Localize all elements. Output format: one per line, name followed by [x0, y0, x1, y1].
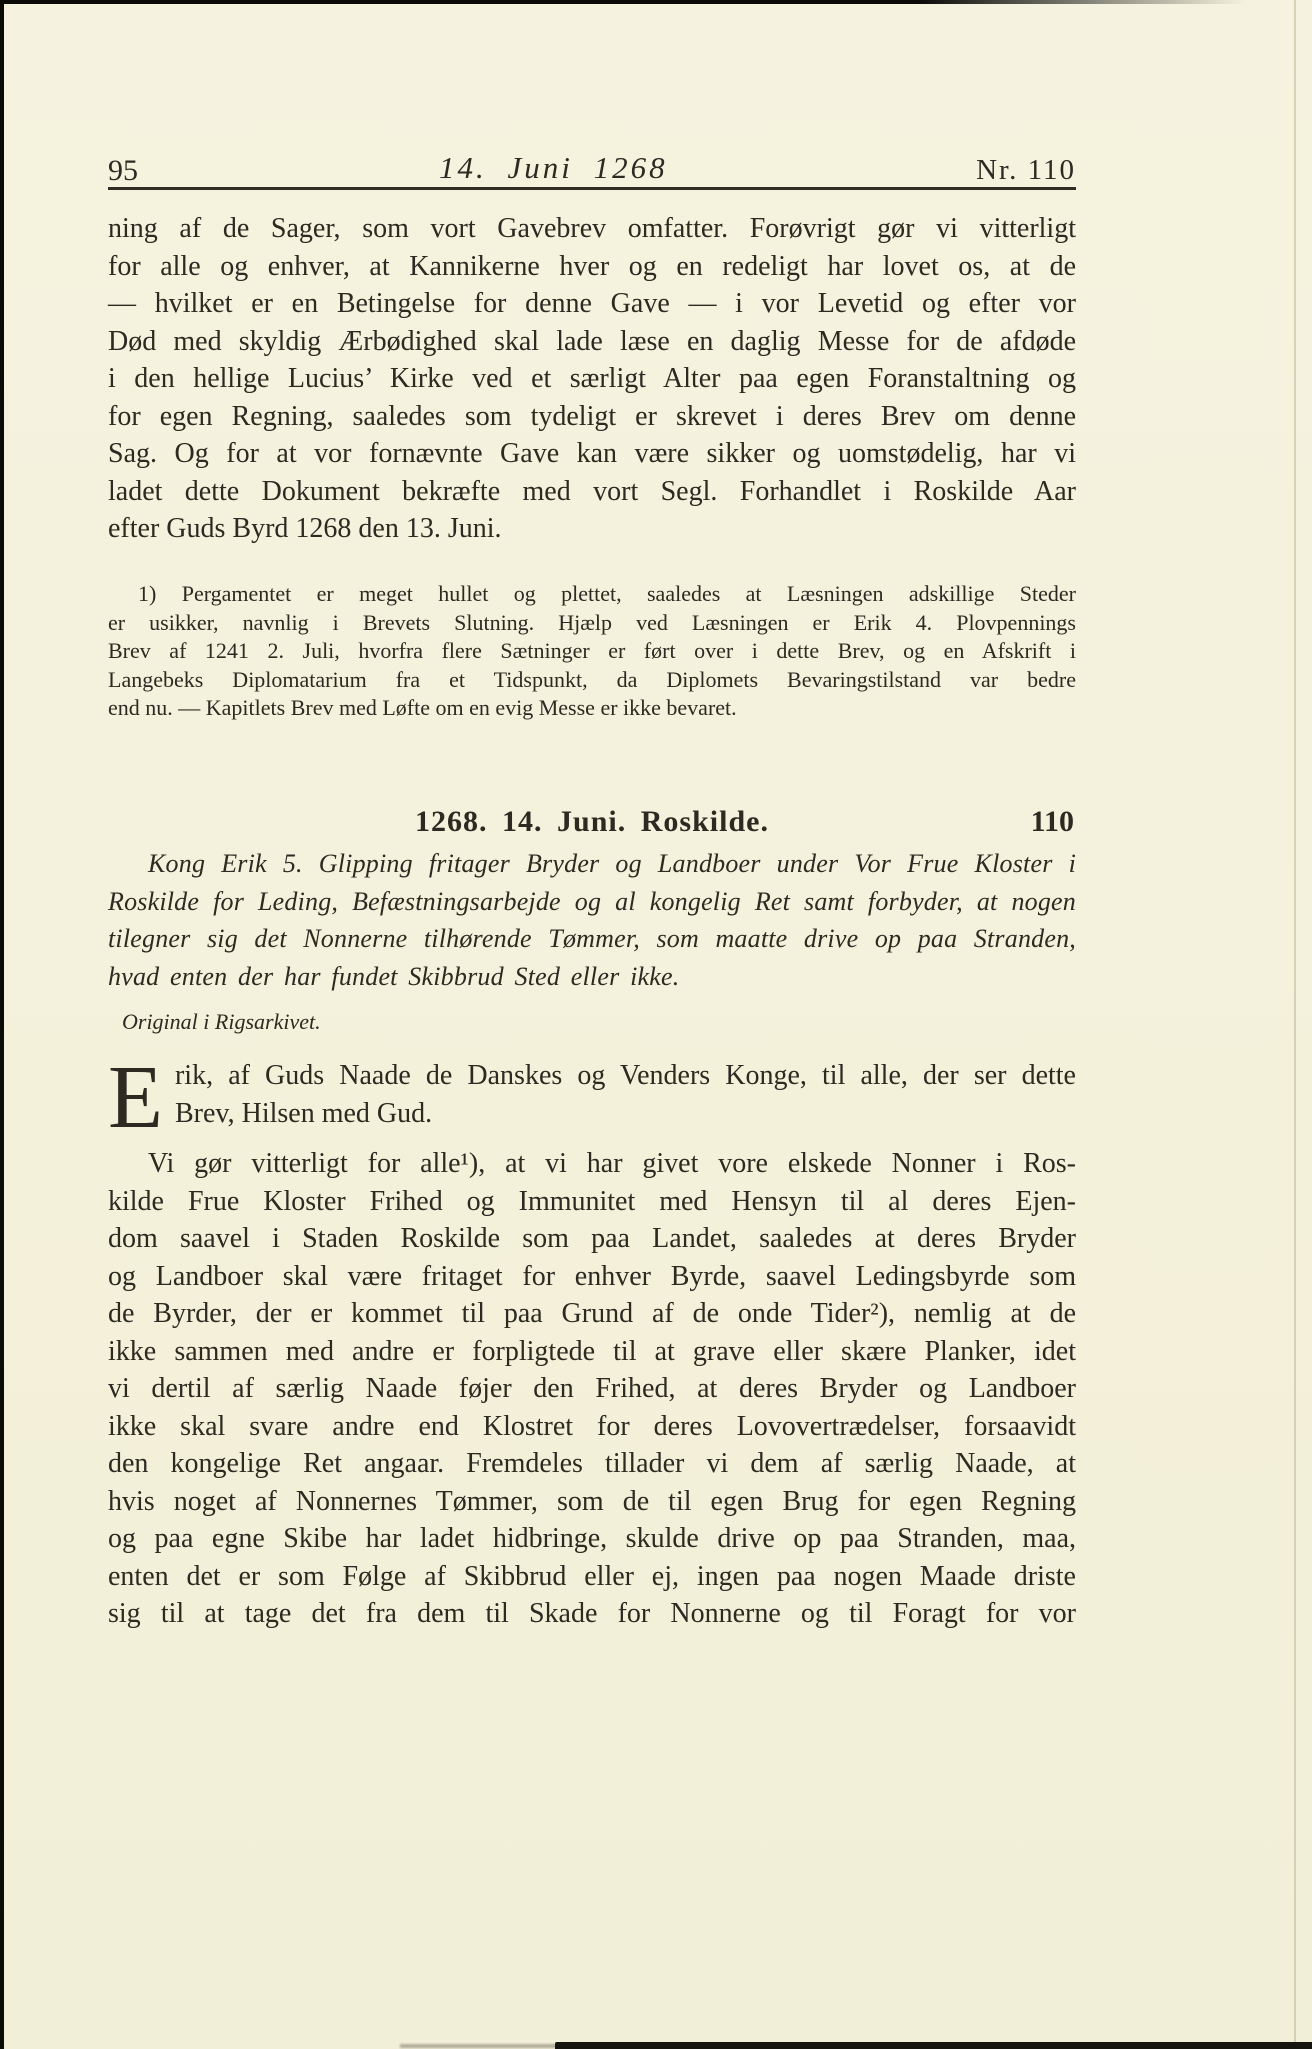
- text-line: vi dertil af særlig Naade føjer den Frih…: [108, 1370, 1076, 1408]
- page-number: 95: [108, 154, 138, 188]
- text-line: sig til at tage det fra dem til Skade fo…: [108, 1595, 1076, 1633]
- text-line: hvad enten der har fundet Skibbrud Sted …: [108, 958, 1076, 996]
- text-line: for egen Regning, saaledes som tydeligt …: [108, 398, 1076, 436]
- entry-summary: Kong Erik 5. Glipping fritager Bryder og…: [108, 845, 1076, 995]
- text-line: den kongelige Ret angaar. Fremdeles till…: [108, 1445, 1076, 1483]
- scan-left-edge: [0, 0, 4, 2049]
- page-header: 95 14. Juni 1268 Nr. 110: [108, 150, 1076, 188]
- header-entry-number: Nr. 110: [976, 154, 1076, 187]
- entry-heading: 1268. 14. Juni. Roskilde. 110: [108, 805, 1076, 845]
- text-line: og paa egne Skibe har ladet hidbringe, s…: [108, 1520, 1076, 1558]
- scanned-book-page: 95 14. Juni 1268 Nr. 110 ning af de Sage…: [0, 0, 1312, 2049]
- source-note: Original i Rigsarkivet.: [108, 1009, 1090, 1035]
- letter-opening: E rik, af Guds Naade de Danskes og Vende…: [108, 1057, 1076, 1132]
- header-date-title: 14. Juni 1268: [439, 150, 668, 186]
- entry-heading-title: 1268. 14. Juni. Roskilde.: [415, 805, 769, 839]
- text-line: ikke sammen med andre er forpligtede til…: [108, 1333, 1076, 1371]
- letter-opening-lines: rik, af Guds Naade de Danskes og Venders…: [108, 1057, 1076, 1132]
- text-line: ning af de Sager, som vort Gavebrev omfa…: [108, 210, 1076, 248]
- text-line: Død med skyldig Ærbødighed skal lade læs…: [108, 323, 1076, 361]
- drop-cap: E: [108, 1064, 163, 1132]
- text-line: Roskilde for Leding, Befæstningsarbejde …: [108, 883, 1076, 921]
- text-line: for alle og enhver, at Kannikerne hver o…: [108, 248, 1076, 286]
- scan-top-edge: [0, 0, 1312, 4]
- text-line: er usikker, navnlig i Brevets Slutning. …: [108, 609, 1076, 638]
- letter-body: Vi gør vitterligt for alle¹), at vi har …: [108, 1145, 1076, 1633]
- scan-bottom-smudge: [555, 2042, 1312, 2049]
- text-line: 1) Pergamentet er meget hullet og plette…: [108, 580, 1076, 609]
- text-line: enten det er som Følge af Skibbrud eller…: [108, 1558, 1076, 1596]
- text-line: — hvilket er en Betingelse for denne Gav…: [108, 285, 1076, 323]
- text-line: kilde Frue Kloster Frihed og Immunitet m…: [108, 1183, 1076, 1221]
- entry-heading-number: 110: [1031, 805, 1074, 839]
- text-line: i den hellige Lucius’ Kirke ved et særli…: [108, 360, 1076, 398]
- paragraph-continuation: ning af de Sager, som vort Gavebrev omfa…: [108, 210, 1076, 548]
- text-line: Kong Erik 5. Glipping fritager Bryder og…: [108, 845, 1076, 883]
- text-line: end nu. — Kapitlets Brev med Løfte om en…: [108, 694, 1076, 723]
- text-line: Brev, Hilsen med Gud.: [108, 1095, 1076, 1133]
- text-line: Sag. Og for at vor fornævnte Gave kan væ…: [108, 435, 1076, 473]
- text-line: tilegner sig det Nonnerne tilhørende Tøm…: [108, 920, 1076, 958]
- text-line: og Landboer skal være fritaget for enhve…: [108, 1258, 1076, 1296]
- header-rule: [108, 187, 1076, 190]
- text-line: Brev af 1241 2. Juli, hvorfra flere Sætn…: [108, 637, 1076, 666]
- text-line: Vi gør vitterligt for alle¹), at vi har …: [108, 1145, 1076, 1183]
- text-line: Langebeks Diplomatarium fra et Tidspunkt…: [108, 666, 1076, 695]
- footnote-block: 1) Pergamentet er meget hullet og plette…: [108, 580, 1076, 723]
- scan-fold-line: [1294, 0, 1296, 2049]
- text-line: hvis noget af Nonnernes Tømmer, som de t…: [108, 1483, 1076, 1521]
- text-line: ikke skal svare andre end Klostret for d…: [108, 1408, 1076, 1446]
- text-line: efter Guds Byrd 1268 den 13. Juni.: [108, 510, 1076, 548]
- scan-bottom-smudge-faint: [400, 2044, 570, 2048]
- text-line: rik, af Guds Naade de Danskes og Venders…: [108, 1057, 1076, 1095]
- text-line: ladet dette Dokument bekræfte med vort S…: [108, 473, 1076, 511]
- text-line: dom saavel i Staden Roskilde som paa Lan…: [108, 1220, 1076, 1258]
- text-line: de Byrder, der er kommet til paa Grund a…: [108, 1295, 1076, 1333]
